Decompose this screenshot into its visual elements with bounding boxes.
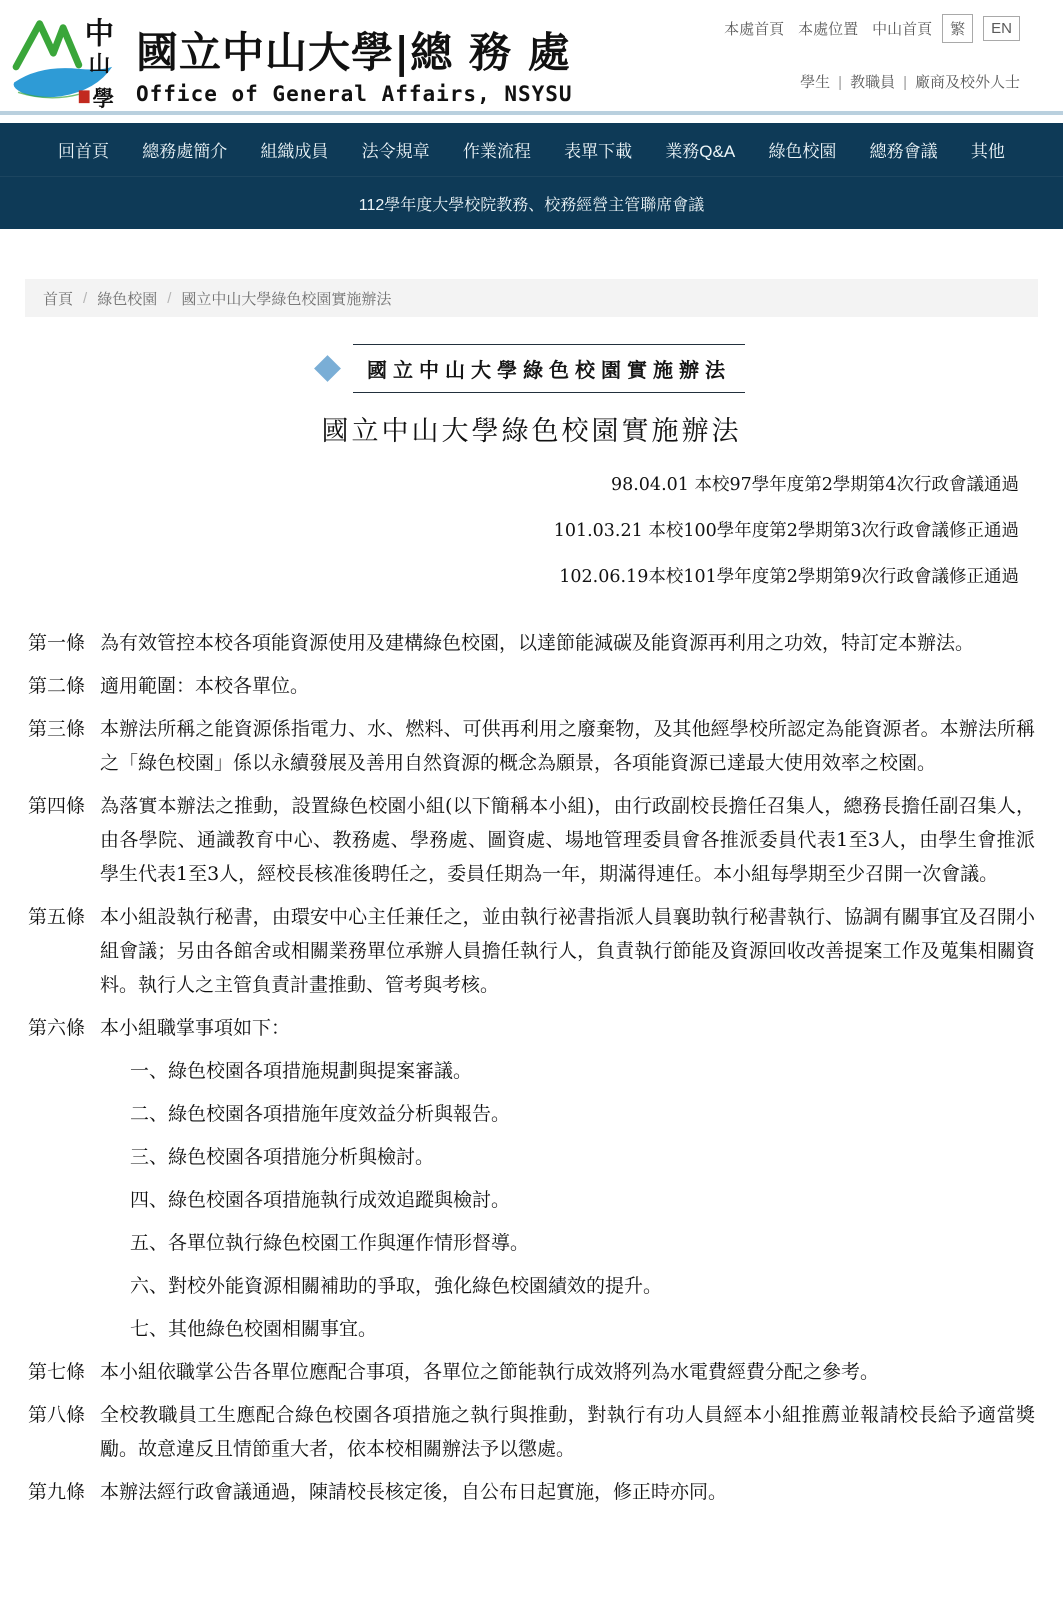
article-7: 第八條全校教職員工生應配合綠色校園各項措施之執行與推動，對執行有功人員經本小組推… bbox=[28, 1398, 1035, 1475]
breadcrumb-separator: / bbox=[83, 290, 87, 307]
article-5-subitem-6: 七、其他綠色校園相關事宜。 bbox=[100, 1312, 1035, 1346]
articles: 第一條為有效管控本校各項能資源使用及建構綠色校園，以達節能減碳及能資源再利用之功… bbox=[28, 626, 1035, 1518]
article-text-4: 本小組設執行秘書，由環安中心主任兼任之，並由執行祕書指派人員襄助執行秘書執行、協… bbox=[100, 900, 1035, 1002]
article-8: 第九條本辦法經行政會議通過，陳請校長核定後，自公布日起實施，修正時亦同。 bbox=[28, 1475, 1035, 1518]
top-link-1[interactable]: 本處位置 bbox=[798, 18, 858, 39]
section-title: 國立中山大學綠色校園實施辦法 bbox=[353, 344, 745, 393]
nav-list-item-8: 總務會議 bbox=[870, 137, 938, 162]
article-5-subitem-4: 五、各單位執行綠色校園工作與運作情形督導。 bbox=[100, 1226, 1035, 1260]
top-links: 本處首頁本處位置中山首頁繁EN bbox=[724, 14, 1020, 43]
nav-item-8[interactable]: 總務會議 bbox=[870, 142, 938, 161]
breadcrumb-separator: / bbox=[167, 290, 171, 307]
nav-item-6[interactable]: 業務Q&A bbox=[665, 142, 735, 161]
article-5-subitem-0: 一、綠色校園各項措施規劃與提案審議。 bbox=[100, 1054, 1035, 1088]
article-6: 第七條本小組依職掌公告各單位應配合事項，各單位之節能執行成效將列為水電費經費分配… bbox=[28, 1355, 1035, 1398]
article-text-3: 為落實本辦法之推動，設置綠色校園小組(以下簡稱本小組)，由行政副校長擔任召集人，… bbox=[100, 789, 1035, 891]
article-body-3: 為落實本辦法之推動，設置綠色校園小組(以下簡稱本小組)，由行政副校長擔任召集人，… bbox=[100, 789, 1035, 900]
revision-line-2: 102.06.19本校101學年度第2學期第9次行政會議修正通過 bbox=[28, 554, 1019, 600]
header-utility: 本處首頁本處位置中山首頁繁EN 學生|教職員|廠商及校外人士 bbox=[724, 14, 1020, 92]
lang-button-1[interactable]: EN bbox=[983, 16, 1020, 41]
article-5-subitem-5: 六、對校外能資源相關補助的爭取，強化綠色校園績效的提升。 bbox=[100, 1269, 1035, 1303]
article-label-6: 第七條 bbox=[28, 1355, 100, 1398]
audience-links: 學生|教職員|廠商及校外人士 bbox=[724, 71, 1020, 92]
article-body-8: 本辦法經行政會議通過，陳請校長核定後，自公布日起實施，修正時亦同。 bbox=[100, 1475, 1035, 1518]
nav-item-4[interactable]: 作業流程 bbox=[463, 142, 531, 161]
svg-text:山: 山 bbox=[89, 52, 111, 77]
article-4: 第五條本小組設執行秘書，由環安中心主任兼任之，並由執行祕書指派人員襄助執行秘書執… bbox=[28, 900, 1035, 1011]
nav-item-7[interactable]: 綠色校園 bbox=[768, 142, 836, 161]
article-text-0: 為有效管控本校各項能資源使用及建構綠色校園，以達節能減碳及能資源再利用之功效，特… bbox=[100, 626, 1035, 660]
document-title: 國立中山大學綠色校園實施辦法 bbox=[28, 409, 1035, 448]
university-logo[interactable]: 中 山 學 bbox=[10, 10, 128, 110]
article-5: 第六條本小組職掌事項如下：一、綠色校園各項措施規劃與提案審議。二、綠色校園各項措… bbox=[28, 1011, 1035, 1355]
article-label-2: 第三條 bbox=[28, 712, 100, 789]
article-label-4: 第五條 bbox=[28, 900, 100, 1011]
article-0: 第一條為有效管控本校各項能資源使用及建構綠色校園，以達節能減碳及能資源再利用之功… bbox=[28, 626, 1035, 669]
main-content: 國立中山大學綠色校園實施辦法 國立中山大學綠色校園實施辦法 98.04.01 本… bbox=[0, 344, 1063, 1518]
article-text-2: 本辦法所稱之能資源係指電力、水、燃料、可供再利用之廢棄物，及其他經學校所認定為能… bbox=[100, 712, 1035, 780]
article-text-6: 本小組依職掌公告各單位應配合事項，各單位之節能執行成效將列為水電費經費分配之參考… bbox=[100, 1355, 1035, 1389]
article-text-5: 本小組職掌事項如下： bbox=[100, 1011, 1035, 1045]
audience-link-1[interactable]: 教職員 bbox=[850, 74, 895, 91]
article-1: 第二條適用範圍：本校各單位。 bbox=[28, 669, 1035, 712]
svg-text:中: 中 bbox=[85, 15, 114, 50]
nav-primary-row: 回首頁總務處簡介組織成員法令規章作業流程表單下載業務Q&A綠色校園總務會議其他 bbox=[0, 123, 1063, 176]
revision-history: 98.04.01 本校97學年度第2學期第4次行政會議通過101.03.21 本… bbox=[28, 462, 1035, 600]
article-text-7: 全校教職員工生應配合綠色校園各項措施之執行與推動，對執行有功人員經本小組推薦並報… bbox=[100, 1398, 1035, 1466]
article-2: 第三條本辦法所稱之能資源係指電力、水、燃料、可供再利用之廢棄物，及其他經學校所認… bbox=[28, 712, 1035, 789]
article-label-5: 第六條 bbox=[28, 1011, 100, 1355]
main-nav: 回首頁總務處簡介組織成員法令規章作業流程表單下載業務Q&A綠色校園總務會議其他 … bbox=[0, 123, 1063, 229]
article-5-subitem-2: 三、綠色校園各項措施分析與檢討。 bbox=[100, 1140, 1035, 1174]
article-body-1: 適用範圍：本校各單位。 bbox=[100, 669, 1035, 712]
nav-item-1[interactable]: 總務處簡介 bbox=[142, 142, 227, 161]
nav-list-item-6: 業務Q&A bbox=[665, 137, 735, 162]
article-3: 第四條為落實本辦法之推動，設置綠色校園小組(以下簡稱本小組)，由行政副校長擔任召… bbox=[28, 789, 1035, 900]
nav-list-item-9: 其他 bbox=[971, 137, 1005, 162]
article-label-1: 第二條 bbox=[28, 669, 100, 712]
article-body-0: 為有效管控本校各項能資源使用及建構綠色校園，以達節能減碳及能資源再利用之功效，特… bbox=[100, 626, 1035, 669]
lang-button-0[interactable]: 繁 bbox=[942, 14, 973, 43]
audience-link-0[interactable]: 學生 bbox=[800, 74, 830, 91]
breadcrumb-item-2: 國立中山大學綠色校園實施辦法 bbox=[181, 288, 391, 309]
article-body-2: 本辦法所稱之能資源係指電力、水、燃料、可供再利用之廢棄物，及其他經學校所認定為能… bbox=[100, 712, 1035, 789]
nav-list-item-1: 總務處簡介 bbox=[142, 137, 227, 162]
brand: 國立中山大學|總 務 處 Office of General Affairs, … bbox=[136, 20, 573, 106]
nav-list-item-3: 法令規章 bbox=[362, 137, 430, 162]
breadcrumb: 首頁/綠色校園/國立中山大學綠色校園實施辦法 bbox=[25, 279, 1038, 317]
article-body-5: 本小組職掌事項如下：一、綠色校園各項措施規劃與提案審議。二、綠色校園各項措施年度… bbox=[100, 1011, 1035, 1355]
breadcrumb-item-1[interactable]: 綠色校園 bbox=[97, 288, 157, 309]
nav-list-item-4: 作業流程 bbox=[463, 137, 531, 162]
audience-separator: | bbox=[838, 74, 842, 91]
site-header: 中 山 學 國立中山大學|總 務 處 Office of General Aff… bbox=[0, 0, 1063, 115]
nav-secondary-row: 112學年度大學校院教務、校務經營主管聯席會議 bbox=[0, 176, 1063, 229]
article-body-4: 本小組設執行秘書，由環安中心主任兼任之，並由執行祕書指派人員襄助執行秘書執行、協… bbox=[100, 900, 1035, 1011]
article-body-7: 全校教職員工生應配合綠色校園各項措施之執行與推動，對執行有功人員經本小組推薦並報… bbox=[100, 1398, 1035, 1475]
article-5-subitem-1: 二、綠色校園各項措施年度效益分析與報告。 bbox=[100, 1097, 1035, 1131]
section-title-row: 國立中山大學綠色校園實施辦法 bbox=[28, 344, 1035, 393]
article-body-6: 本小組依職掌公告各單位應配合事項，各單位之節能執行成效將列為水電費經費分配之參考… bbox=[100, 1355, 1035, 1398]
nav-list-item-5: 表單下載 bbox=[564, 137, 632, 162]
nav-list-item-2: 組織成員 bbox=[260, 137, 328, 162]
nav-item-9[interactable]: 其他 bbox=[971, 142, 1005, 161]
article-text-1: 適用範圍：本校各單位。 bbox=[100, 669, 1035, 703]
top-link-2[interactable]: 中山首頁 bbox=[872, 18, 932, 39]
nav-item-joint-meeting[interactable]: 112學年度大學校院教務、校務經營主管聯席會議 bbox=[359, 192, 705, 215]
audience-separator: | bbox=[903, 74, 907, 91]
nav-item-3[interactable]: 法令規章 bbox=[362, 142, 430, 161]
logo-mountain-water-icon: 中 山 學 bbox=[10, 10, 128, 110]
revision-line-0: 98.04.01 本校97學年度第2學期第4次行政會議通過 bbox=[28, 462, 1019, 508]
article-text-8: 本辦法經行政會議通過，陳請校長核定後，自公布日起實施，修正時亦同。 bbox=[100, 1475, 1035, 1509]
nav-item-5[interactable]: 表單下載 bbox=[564, 142, 632, 161]
nav-item-0[interactable]: 回首頁 bbox=[58, 142, 109, 161]
diamond-icon bbox=[314, 355, 341, 382]
nav-list-item-7: 綠色校園 bbox=[768, 137, 836, 162]
site-title-en: Office of General Affairs, NSYSU bbox=[136, 82, 573, 106]
nav-list-item-0: 回首頁 bbox=[58, 137, 109, 162]
site-title-zh: 國立中山大學|總 務 處 bbox=[136, 20, 573, 80]
svg-text:學: 學 bbox=[93, 87, 115, 110]
article-label-0: 第一條 bbox=[28, 626, 100, 669]
article-5-subitem-3: 四、綠色校園各項措施執行成效追蹤與檢討。 bbox=[100, 1183, 1035, 1217]
breadcrumb-item-0[interactable]: 首頁 bbox=[43, 288, 73, 309]
audience-link-2[interactable]: 廠商及校外人士 bbox=[915, 74, 1020, 91]
revision-line-1: 101.03.21 本校100學年度第2學期第3次行政會議修正通過 bbox=[28, 508, 1019, 554]
article-label-3: 第四條 bbox=[28, 789, 100, 900]
article-label-7: 第八條 bbox=[28, 1398, 100, 1475]
nav-item-2[interactable]: 組織成員 bbox=[260, 142, 328, 161]
top-link-0[interactable]: 本處首頁 bbox=[724, 18, 784, 39]
article-label-8: 第九條 bbox=[28, 1475, 100, 1518]
